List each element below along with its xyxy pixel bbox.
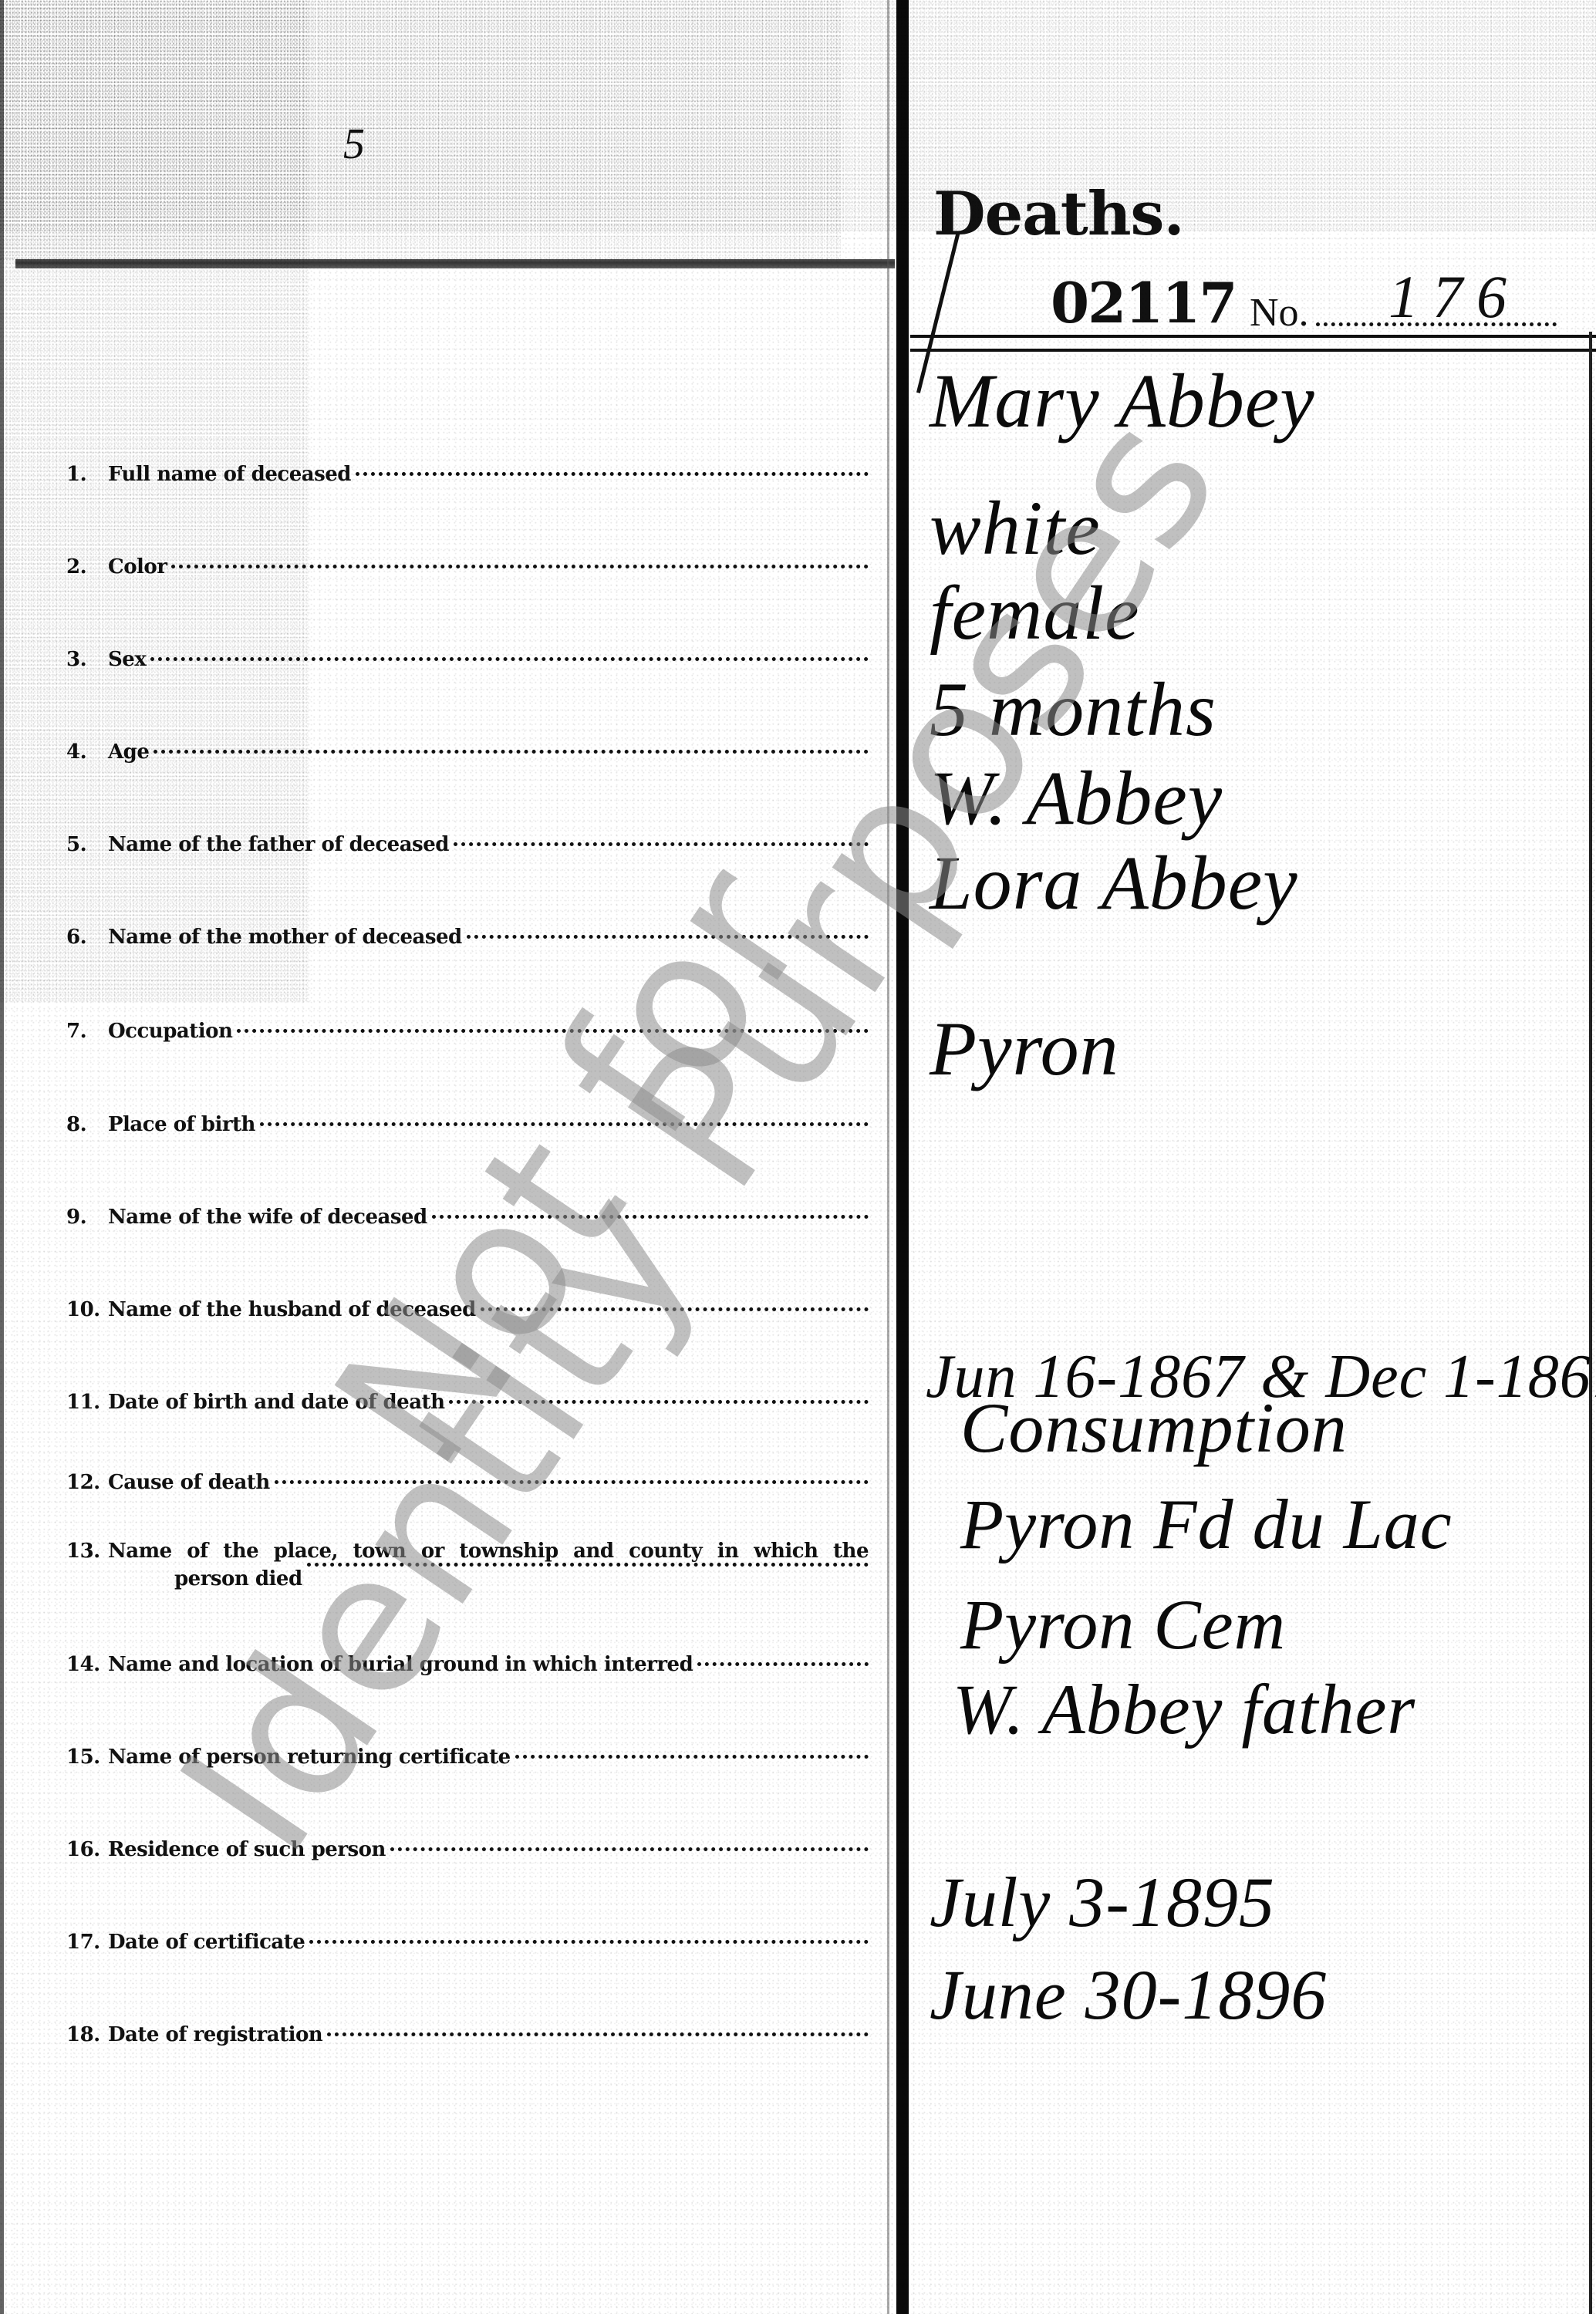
row-number: 12. — [66, 1471, 108, 1494]
row-number: 7. — [66, 1020, 108, 1043]
record-number: 176 — [1388, 262, 1520, 332]
dotted-leader — [432, 1215, 869, 1219]
row-number: 2. — [66, 555, 108, 578]
row-label: Date of registration — [108, 2023, 322, 2046]
entry-mother: Lora Abbey — [930, 845, 1298, 922]
form-row-place-of-death: 13. Name of the place, town or township … — [66, 1540, 869, 1590]
dotted-leader — [275, 1480, 869, 1484]
row-label: Name of the wife of deceased — [108, 1206, 427, 1229]
row-number: 18. — [66, 2023, 108, 2046]
entry-father: W. Abbey — [930, 760, 1223, 837]
form-row-full-name: 1. Full name of deceased — [66, 463, 869, 486]
form-row-registration-date: 18. Date of registration — [66, 2023, 869, 2046]
row-label: Place of birth — [108, 1113, 255, 1136]
form-row-age: 4. Age — [66, 740, 869, 764]
entry-age: 5 months — [930, 671, 1216, 748]
form-row-cause: 12. Cause of death — [66, 1471, 869, 1494]
row-number: 16. — [66, 1838, 108, 1861]
row-label: Occupation — [108, 1020, 232, 1043]
dotted-leader — [467, 935, 869, 939]
row-label: Age — [108, 740, 149, 764]
row-label: Date of birth and date of death — [108, 1391, 444, 1414]
row-label: Name and location of burial ground in wh… — [108, 1653, 693, 1676]
row-number: 11. — [66, 1391, 108, 1414]
entry-cause: Consumption — [960, 1392, 1348, 1463]
page-mark: 5 — [343, 120, 365, 169]
form-row-father: 5. Name of the father of deceased — [66, 833, 869, 856]
form-row-certificate-date: 17. Date of certificate — [66, 1931, 869, 1954]
entry-sex: female — [930, 575, 1140, 652]
dotted-leader — [390, 1847, 869, 1851]
form-row-dates: 11. Date of birth and date of death — [66, 1391, 869, 1414]
dotted-leader — [260, 1122, 869, 1126]
form-row-mother: 6. Name of the mother of deceased — [66, 926, 869, 949]
dotted-leader — [454, 842, 869, 846]
row-number: 17. — [66, 1931, 108, 1954]
row-label: Cause of death — [108, 1471, 270, 1494]
form-row-returning-person: 15. Name of person returning certificate — [66, 1746, 869, 1769]
row-number: 8. — [66, 1113, 108, 1136]
form-row-wife: 9. Name of the wife of deceased — [66, 1206, 869, 1229]
form-row-sex: 3. Sex — [66, 648, 869, 671]
form-row-place-of-birth: 8. Place of birth — [66, 1113, 869, 1136]
form-row-burial: 14. Name and location of burial ground i… — [66, 1653, 869, 1676]
form-row-occupation: 7. Occupation — [66, 1020, 869, 1043]
row-label: Name of the father of deceased — [108, 833, 449, 856]
entry-place-of-death: Pyron Fd du Lac — [960, 1489, 1453, 1560]
row-number: 1. — [66, 463, 108, 486]
row-number: 5. — [66, 833, 108, 856]
row-label: Full name of deceased — [108, 463, 351, 486]
entry-color: white — [930, 490, 1101, 567]
page-edge — [0, 0, 4, 2314]
dotted-leader — [307, 1563, 869, 1567]
entry-place-of-birth: Pyron — [930, 1010, 1119, 1088]
page-title: Deaths. — [933, 179, 1184, 249]
row-number: 3. — [66, 648, 108, 671]
entry-full-name: Mary Abbey — [930, 363, 1315, 440]
row-label: Name of person returning certificate — [108, 1746, 511, 1769]
row-label: Name of the mother of deceased — [108, 926, 462, 949]
row-number: 9. — [66, 1206, 108, 1229]
row-label: Name of the husband of deceased — [108, 1298, 476, 1321]
page-edge — [1589, 332, 1592, 2314]
number-label: No. — [1250, 290, 1309, 336]
row-number: 10. — [66, 1298, 108, 1321]
row-label: Residence of such person — [108, 1838, 386, 1861]
entry-returning-person: W. Abbey father — [953, 1674, 1415, 1745]
row-label: Color — [108, 555, 167, 578]
dotted-leader — [697, 1662, 869, 1666]
row-label: Sex — [108, 648, 146, 671]
entry-burial: Pyron Cem — [960, 1589, 1286, 1660]
row-label: Date of certificate — [108, 1931, 305, 1954]
dotted-leader — [327, 2032, 869, 2036]
dotted-leader — [449, 1400, 869, 1404]
row-label-cont: person died — [174, 1567, 302, 1590]
form-labels-page: 5 1. Full name of deceased 2. Color 3. S… — [0, 0, 899, 2314]
header-double-rule — [910, 335, 1596, 352]
top-rule — [15, 259, 895, 268]
form-row-color: 2. Color — [66, 555, 869, 578]
serial-number: 02117 — [1051, 270, 1237, 336]
row-label: Name of the place, town or township and … — [108, 1540, 869, 1563]
form-row-residence: 16. Residence of such person — [66, 1838, 869, 1861]
row-number: 13. — [66, 1540, 108, 1563]
dotted-leader — [237, 1029, 869, 1033]
dotted-leader — [356, 472, 869, 476]
entry-registration-date: June 30-1896 — [930, 1959, 1327, 2030]
row-number: 6. — [66, 926, 108, 949]
row-number: 14. — [66, 1653, 108, 1676]
dotted-leader — [515, 1755, 869, 1759]
dotted-leader — [309, 1940, 869, 1944]
book-gutter — [896, 0, 909, 2314]
dotted-leader — [150, 657, 869, 661]
row-continuation: person died — [66, 1567, 869, 1590]
gutter-shadow — [887, 0, 889, 2314]
dotted-leader — [481, 1307, 869, 1311]
row-number: 15. — [66, 1746, 108, 1769]
entry-certificate-date: July 3-1895 — [930, 1867, 1275, 1938]
dotted-leader — [171, 565, 869, 568]
row-number: 4. — [66, 740, 108, 764]
form-row-husband: 10. Name of the husband of deceased — [66, 1298, 869, 1321]
dotted-leader — [154, 750, 869, 754]
